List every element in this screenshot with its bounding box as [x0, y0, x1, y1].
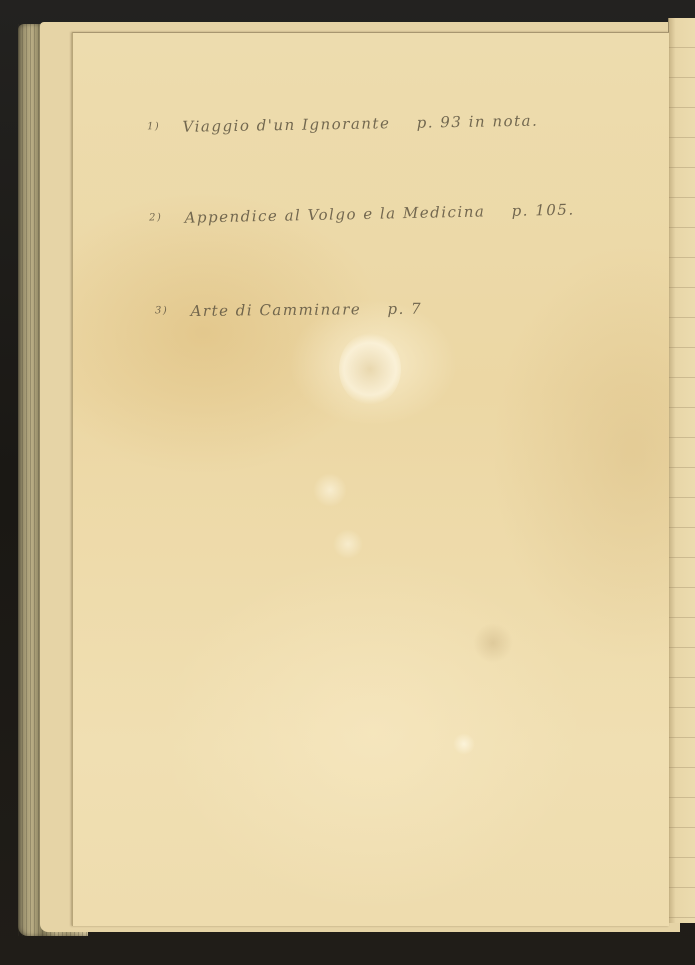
- entry-1: 1) Viaggio d'un Ignorante p. 93 in nota.: [147, 112, 539, 137]
- facing-page-edge: [668, 18, 695, 923]
- entry-reference: p. 93 in nota.: [416, 112, 538, 132]
- entry-title: Viaggio d'un Ignorante: [182, 114, 390, 136]
- entry-title: Appendice al Volgo e la Medicina: [184, 202, 485, 226]
- entry-reference: p. 7: [387, 300, 422, 318]
- entry-list: 1) Viaggio d'un Ignorante p. 93 in nota.…: [73, 33, 669, 926]
- entry-number: 1): [147, 121, 160, 132]
- entry-title: Arte di Camminare: [190, 300, 361, 320]
- entry-3: 3) Arte di Camminare p. 7: [155, 300, 422, 321]
- entry-number: 2): [149, 212, 162, 223]
- entry-number: 3): [155, 305, 168, 316]
- manuscript-page: 1) Viaggio d'un Ignorante p. 93 in nota.…: [72, 32, 669, 926]
- entry-reference: p. 105.: [511, 201, 574, 220]
- entry-2: 2) Appendice al Volgo e la Medicina p. 1…: [149, 201, 575, 228]
